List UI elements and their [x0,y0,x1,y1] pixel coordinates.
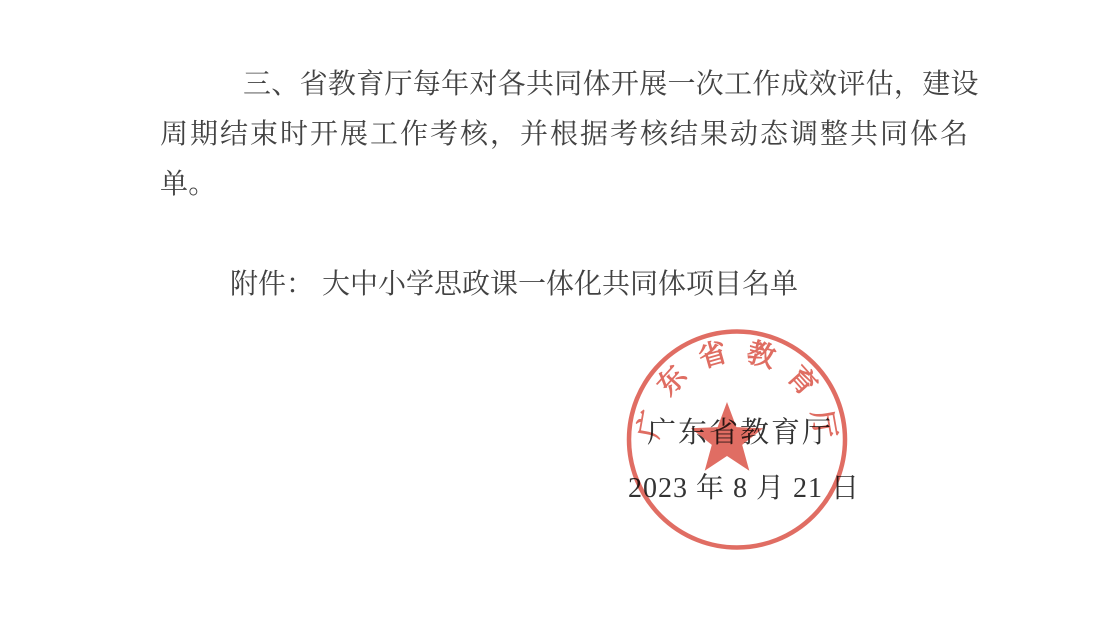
seal-char-sheng: 省 [695,336,731,374]
official-seal: 广 东 省 教 育 厅 [620,328,856,554]
attachment-line: 附件：大中小学思政课一体化共同体项目名单 [230,270,798,300]
attachment-title: 大中小学思政课一体化共同体项目名单 [322,269,798,300]
star-icon [691,402,763,471]
seal-char-jiao: 教 [743,336,780,375]
seal-arc-text: 广 东 省 教 育 厅 [633,336,842,441]
paragraph-line-1: 三、省教育厅每年对各共同体开展一次工作成效评估，建设 [243,70,979,100]
paragraph-line-3: 单。 [160,170,217,200]
seal-char-ting: 厅 [805,408,841,441]
paragraph-line-2: 周期结束时开展工作考核，并根据考核结果动态调整共同体名 [160,120,970,150]
attachment-label: 附件： [230,269,314,300]
document-page: 三、省教育厅每年对各共同体开展一次工作成效评估，建设 周期结束时开展工作考核，并… [0,0,1106,627]
seal-char-guang: 广 [633,408,669,441]
